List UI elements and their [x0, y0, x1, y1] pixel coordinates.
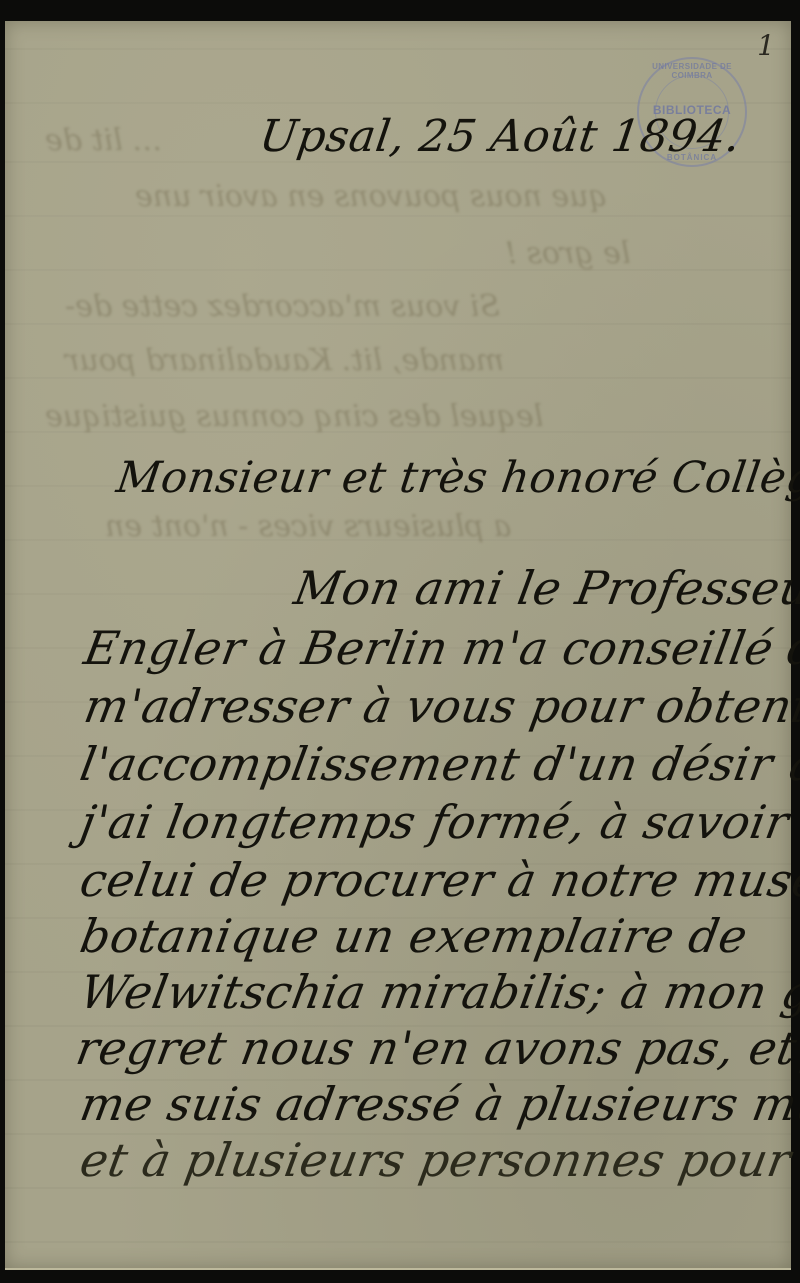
body-line: j'ai longtemps formé, à savoir	[76, 795, 793, 849]
bleed-line: … lit de	[45, 123, 162, 158]
bleed-line: Si vous m'accordez cette de-	[65, 289, 500, 324]
body-line: me suis adressé à plusieurs musées	[76, 1077, 800, 1131]
bleed-line: a plusieurs vices - n'ont en	[105, 509, 511, 544]
bleed-line: le gros !	[505, 236, 630, 271]
body-line: Mon ami le Professeur	[290, 561, 800, 615]
letter-paper: … lit de que nous pouvons en avoir une l…	[5, 21, 791, 1270]
salutation: Monsieur et très honoré Collègue,	[113, 453, 800, 503]
body-line: celui de procurer à notre musée	[76, 853, 800, 907]
bleed-line: que nous pouvons en avoir une	[135, 179, 608, 214]
bleed-line: mande, lit. Kaudalinard pour	[65, 343, 504, 378]
body-line: m'adresser à vous pour obtenir	[80, 679, 800, 733]
body-line: Engler à Berlin m'a conseillé de	[80, 621, 800, 675]
body-line: regret nous n'en avons pas, et je	[72, 1021, 800, 1075]
body-line: Welwitschia mirabilis; à mon grand	[76, 965, 800, 1019]
body-line: botanique un exemplaire de	[76, 909, 752, 963]
page-number: 1	[757, 29, 775, 62]
dateline: Upsal, 25 Août 1894.	[256, 111, 743, 162]
scanned-letter: … lit de que nous pouvons en avoir une l…	[0, 0, 800, 1283]
body-line: et à plusieurs personnes pour en	[76, 1133, 800, 1187]
bleed-line: lequel des cinq connus guistique	[45, 399, 543, 434]
body-line: l'accomplissement d'un désir que	[76, 737, 800, 791]
